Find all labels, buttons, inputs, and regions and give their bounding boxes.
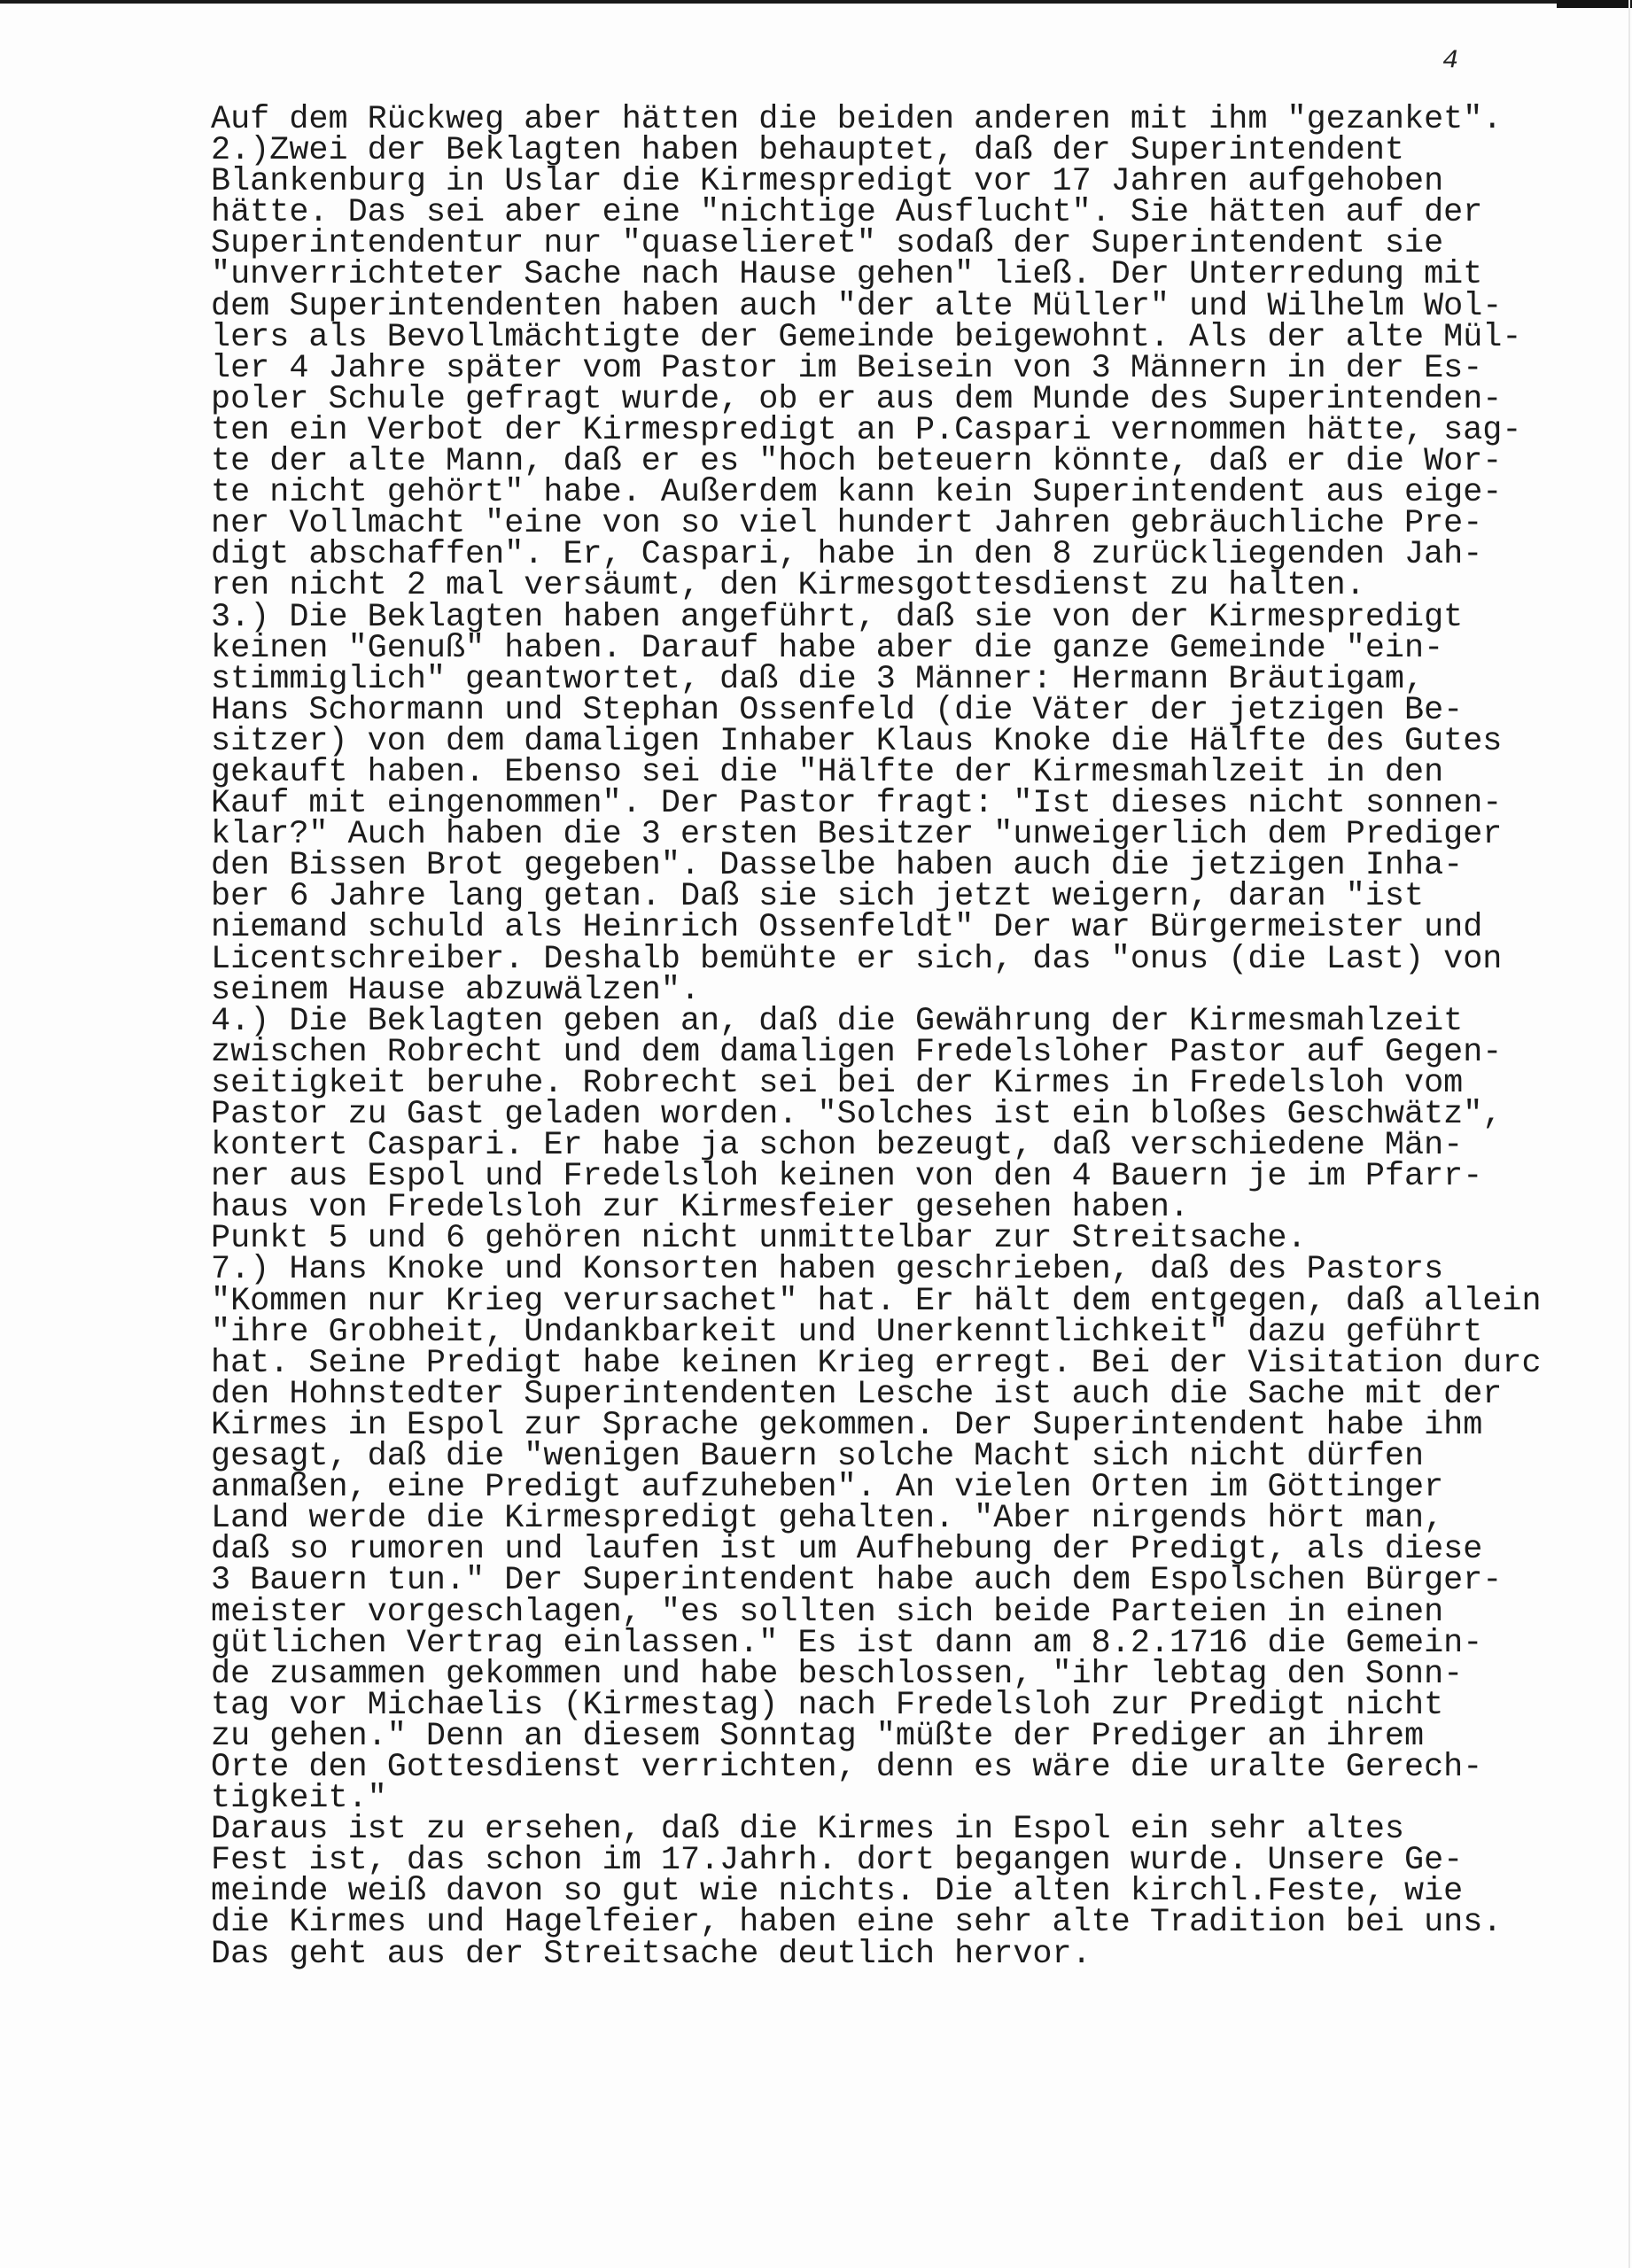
text-line: ren nicht 2 mal versäumt, den Kirmesgott… <box>211 571 1542 602</box>
scan-edge-top <box>0 0 1632 4</box>
text-line: 2.)Zwei der Beklagten haben behauptet, d… <box>211 136 1542 167</box>
text-line: gesagt, daß die "wenigen Bauern solche M… <box>211 1441 1542 1472</box>
text-line: Punkt 5 und 6 gehören nicht unmittelbar … <box>211 1223 1542 1254</box>
text-line: ner aus Espol und Fredelsloh keinen von … <box>211 1161 1542 1192</box>
page-number: 4 <box>1442 46 1458 76</box>
text-line: Auf dem Rückweg aber hätten die beiden a… <box>211 105 1542 136</box>
text-line: "unverrichteter Sache nach Hause gehen" … <box>211 260 1542 291</box>
text-line: daß so rumoren und laufen ist um Aufhebu… <box>211 1534 1542 1565</box>
scan-edge-right <box>1628 0 1630 2268</box>
text-line: Blankenburg in Uslar die Kirmespredigt v… <box>211 167 1542 198</box>
text-line: seitigkeit beruhe. Robrecht sei bei der … <box>211 1068 1542 1099</box>
text-line: ten ein Verbot der Kirmespredigt an P.Ca… <box>211 416 1542 447</box>
text-line: gütlichen Vertrag einlassen." Es ist dan… <box>211 1628 1542 1659</box>
text-line: hat. Seine Predigt habe keinen Krieg err… <box>211 1348 1542 1379</box>
text-line: den Bissen Brot gegeben". Dasselbe haben… <box>211 850 1542 882</box>
text-line: keinen "Genuß" haben. Darauf habe aber d… <box>211 633 1542 664</box>
text-line: Daraus ist zu ersehen, daß die Kirmes in… <box>211 1814 1542 1845</box>
text-line: Licentschreiber. Deshalb bemühte er sich… <box>211 944 1542 975</box>
text-line: den Hohnstedter Superintendenten Lesche … <box>211 1379 1542 1410</box>
text-line: meister vorgeschlagen, "es sollten sich … <box>211 1597 1542 1628</box>
text-line: Kauf mit eingenommen". Der Pastor fragt:… <box>211 788 1542 819</box>
text-line: Das geht aus der Streitsache deutlich he… <box>211 1939 1542 1970</box>
text-line: ler 4 Jahre später vom Pastor im Beisein… <box>211 353 1542 384</box>
scan-edge-tab <box>1557 0 1632 8</box>
text-line: tag vor Michaelis (Kirmestag) nach Frede… <box>211 1690 1542 1721</box>
text-line: 3 Bauern tun." Der Superintendent habe a… <box>211 1565 1542 1596</box>
text-line: Orte den Gottesdienst verrichten, denn e… <box>211 1752 1542 1783</box>
text-line: ber 6 Jahre lang getan. Daß sie sich jet… <box>211 882 1542 913</box>
text-line: 4.) Die Beklagten geben an, daß die Gewä… <box>211 1006 1542 1037</box>
text-line: Land werde die Kirmespredigt gehalten. "… <box>211 1503 1542 1534</box>
text-line: gekauft haben. Ebenso sei die "Hälfte de… <box>211 757 1542 788</box>
text-line: kontert Caspari. Er habe ja schon bezeug… <box>211 1130 1542 1161</box>
text-line: niemand schuld als Heinrich Ossenfeldt" … <box>211 913 1542 944</box>
text-line: seinem Hause abzuwälzen". <box>211 975 1542 1006</box>
text-line: te nicht gehört" habe. Außerdem kann kei… <box>211 478 1542 509</box>
text-line: tigkeit." <box>211 1783 1542 1814</box>
text-line: "ihre Grobheit, Undankbarkeit und Unerke… <box>211 1317 1542 1348</box>
text-line: digt abschaffen". Er, Caspari, habe in d… <box>211 540 1542 571</box>
text-line: haus von Fredelsloh zur Kirmesfeier gese… <box>211 1192 1542 1223</box>
text-line: poler Schule gefragt wurde, ob er aus de… <box>211 384 1542 416</box>
text-line: zwischen Robrecht und dem damaligen Fred… <box>211 1037 1542 1068</box>
text-line: meinde weiß davon so gut wie nichts. Die… <box>211 1876 1542 1907</box>
text-line: klar?" Auch haben die 3 ersten Besitzer … <box>211 819 1542 850</box>
text-line: de zusammen gekommen und habe beschlosse… <box>211 1659 1542 1690</box>
text-line: dem Superintendenten haben auch "der alt… <box>211 291 1542 322</box>
text-line: stimmiglich" geantwortet, daß die 3 Männ… <box>211 664 1542 695</box>
text-line: ner Vollmacht "eine von so viel hundert … <box>211 509 1542 540</box>
text-line: zu gehen." Denn an diesem Sonntag "müßte… <box>211 1721 1542 1752</box>
text-line: hätte. Das sei aber eine "nichtige Ausfl… <box>211 198 1542 229</box>
text-line: anmaßen, eine Predigt aufzuheben". An vi… <box>211 1472 1542 1503</box>
text-line: 3.) Die Beklagten haben angeführt, daß s… <box>211 602 1542 633</box>
text-line: Superintendentur nur "quaselieret" sodaß… <box>211 229 1542 260</box>
text-line: Fest ist, das schon im 17.Jahrh. dort be… <box>211 1845 1542 1876</box>
text-line: Pastor zu Gast geladen worden. "Solches … <box>211 1099 1542 1130</box>
text-line: Hans Schormann und Stephan Ossenfeld (di… <box>211 695 1542 726</box>
text-line: sitzer) von dem damaligen Inhaber Klaus … <box>211 726 1542 757</box>
text-line: die Kirmes und Hagelfeier, haben eine se… <box>211 1907 1542 1938</box>
typescript-body: Auf dem Rückweg aber hätten die beiden a… <box>211 105 1542 1970</box>
text-line: Kirmes in Espol zur Sprache gekommen. De… <box>211 1410 1542 1441</box>
text-line: lers als Bevollmächtigte der Gemeinde be… <box>211 322 1542 353</box>
text-line: 7.) Hans Knoke und Konsorten haben gesch… <box>211 1254 1542 1285</box>
text-line: "Kommen nur Krieg verursachet" hat. Er h… <box>211 1286 1542 1317</box>
text-line: te der alte Mann, daß er es "hoch beteue… <box>211 447 1542 478</box>
